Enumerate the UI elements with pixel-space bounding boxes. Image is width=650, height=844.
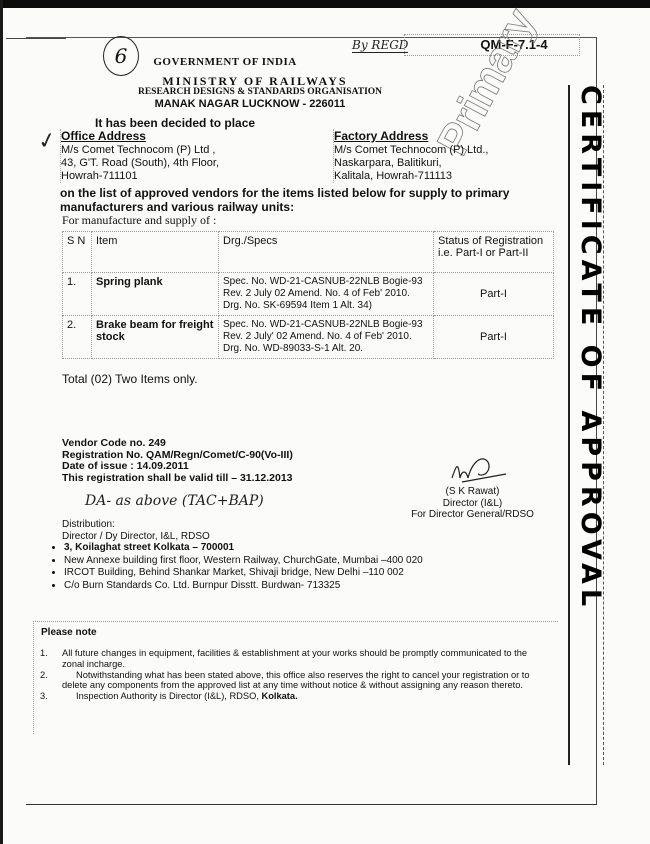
table-row: 2. Brake beam for freight stock Spec. No… [63,316,554,359]
distribution-label: Distribution: [62,519,210,531]
please-note-box: Please note 1. All future changes in equ… [33,621,558,734]
office-address: Office Address M/s Comet Technocom (P) L… [60,129,291,183]
factory-address-line: Naskarpara, Balitikuri, [334,157,534,170]
distribution-block: Distribution: Director / Dy Director, I&… [62,519,210,543]
handwritten-page-number: 6 [103,36,139,76]
note-text: Inspection Authority is Director (I&L), … [62,691,298,702]
scan-top-edge [0,0,650,8]
list-item: 1. All future changes in equipment, faci… [40,648,550,670]
list-item: 2. Notwithstanding what has been stated … [40,670,550,692]
handwritten-by-regd: By REGD [352,38,408,52]
header-sn: S N [63,232,92,273]
items-table: S N Item Drg./Specs Status of Registrati… [62,231,554,359]
signatory-name: (S K Rawat) [385,486,560,498]
factory-address-line: Kalitala, Howrah-711113 [334,170,534,183]
table-header-row: S N Item Drg./Specs Status of Registrati… [63,232,554,273]
table-row: 1. Spring plank Spec. No. WD-21-CASNUB-2… [63,273,554,316]
spec-line: Drg. No. WD-89033-S-1 Alt. 20. [223,343,429,355]
please-note-title: Please note [41,627,97,638]
row-item: Brake beam for freight stock [92,316,219,359]
row-specs: Spec. No. WD-21-CASNUB-22NLB Bogie-93 Re… [219,316,434,359]
header-specs: Drg./Specs [219,232,434,273]
header-organisation: RESEARCH DESIGNS & STANDARDS ORGANISATIO… [90,87,430,97]
note-text: Notwithstanding what has been stated abo… [62,670,550,692]
office-address-title: Office Address [61,129,291,143]
manufacture-supply-label: For manufacture and supply of : [62,214,216,228]
header-status: Status of Registration i.e. Part-I or Pa… [434,232,554,273]
office-address-line: 43, G'T. Road (South), 4th Floor, [61,157,291,170]
row-sn: 2. [63,316,92,359]
vendor-code: Vendor Code no. 249 [62,438,293,450]
list-item: C/o Burn Standards Co. Ltd. Burnpur Diss… [64,580,423,593]
signatory-for: For Director General/RDSO [385,509,560,521]
scan-left-edge [0,0,3,844]
signature-icon [448,452,508,486]
spec-line: Spec. No. WD-21-CASNUB-22NLB Bogie-93 [223,276,429,288]
list-item: New Annexe building first floor, Western… [64,555,423,568]
handwritten-da-note: DA- as above (TAC+BAP) [85,493,264,509]
header-item: Item [92,232,219,273]
note-text: All future changes in equipment, facilit… [62,648,550,670]
total-items: Total (02) Two Items only. [62,373,198,387]
note-text-main: Inspection Authority is Director (I&L), … [76,691,261,701]
office-address-line: Howrah-711101 [61,170,291,183]
list-item: 3. Inspection Authority is Director (I&L… [40,691,550,702]
office-address-line: M/s Comet Technocom (P) Ltd , [61,144,291,157]
signatory-title: Director (I&L) [385,498,560,510]
validity: This registration shall be valid till – … [62,473,293,485]
certificate-of-approval-banner: CERTIFICATE OF APPROVAL [568,85,604,765]
note-number: 2. [40,670,62,692]
vertical-title-text: CERTIFICATE OF APPROVAL [575,85,606,765]
spec-line: Rev. 2 July' 02 Amend. No. 4 of Feb' 201… [223,331,429,343]
factory-address-title: Factory Address [334,129,534,143]
vendor-details: Vendor Code no. 249 Registration No. QAM… [62,438,293,484]
spec-line: Drg. No. SK-69594 Item 1 Alt. 34) [223,300,429,312]
notes-list: 1. All future changes in equipment, faci… [40,648,550,702]
distribution-list: 3, Koilaghat street Kolkata – 700001 New… [42,542,423,592]
spec-line: Spec. No. WD-21-CASNUB-22NLB Bogie-93 [223,319,429,331]
row-status: Part-I [434,273,554,316]
note-number: 1. [40,648,62,670]
signatory-block: (S K Rawat) Director (I&L) For Director … [385,486,560,521]
row-sn: 1. [63,273,92,316]
header-government: GOVERNMENT OF INDIA [135,56,315,68]
approved-list-text: on the list of approved vendors for the … [60,186,560,214]
row-status: Part-I [434,316,554,359]
note-number: 3. [40,691,62,702]
row-item: Spring plank [92,273,219,316]
spec-line: Rev. 2 July 02 Amend. No. 4 of Feb' 2010… [223,288,429,300]
header-address: MANAK NAGAR LUCKNOW - 226011 [150,98,350,110]
list-item: 3, Koilaghat street Kolkata – 700001 [64,542,423,555]
date-of-issue: Date of issue : 14.09.2011 [62,461,293,473]
factory-address-line: M/s Comet Technocom (P) Ltd., [334,144,534,157]
row-specs: Spec. No. WD-21-CASNUB-22NLB Bogie-93 Re… [219,273,434,316]
list-item: IRCOT Building, Behind Shankar Market, S… [64,567,423,580]
factory-address: Factory Address M/s Comet Technocom (P) … [333,129,534,183]
note-text-bold: Kolkata. [261,691,297,701]
